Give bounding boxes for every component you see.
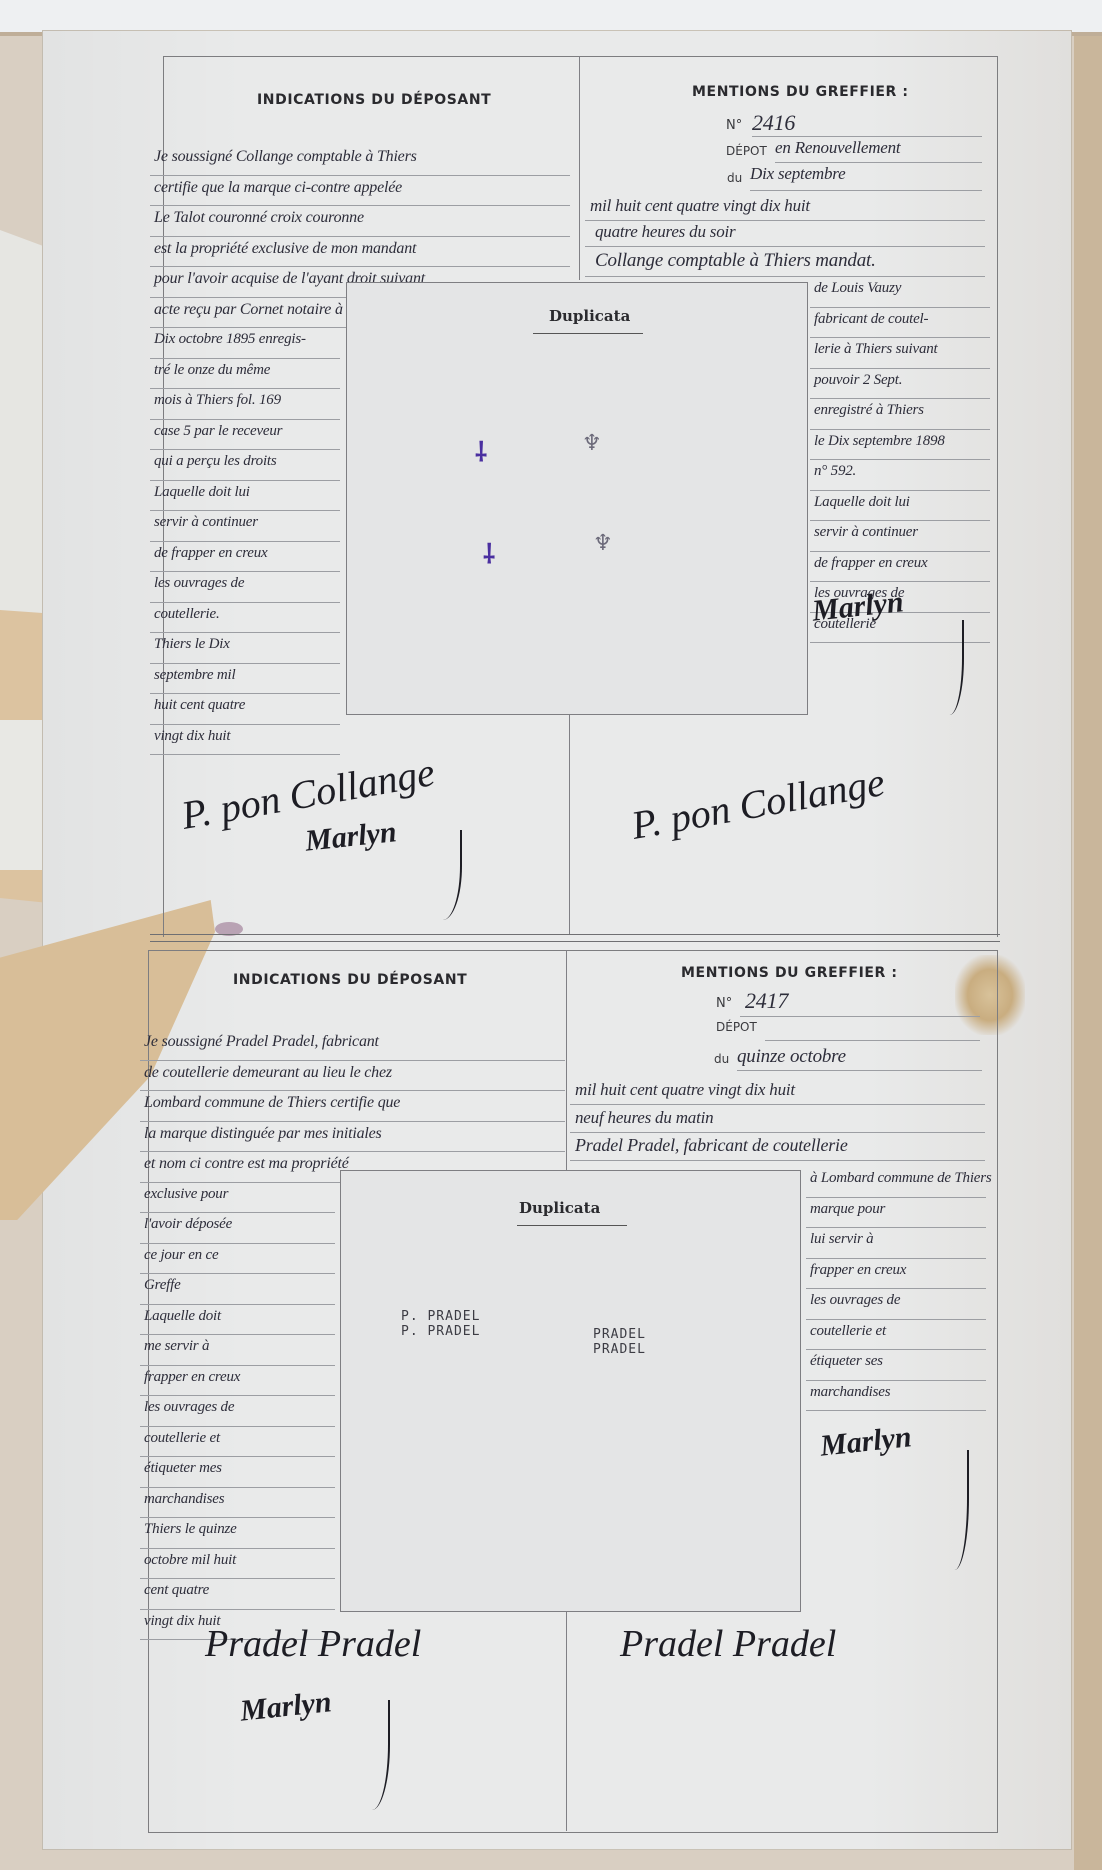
signature-divider bbox=[566, 1610, 567, 1831]
rule bbox=[150, 754, 340, 755]
rule bbox=[775, 162, 982, 163]
greffier-line: enregistré à Thiers bbox=[814, 402, 924, 419]
rule bbox=[806, 1227, 986, 1228]
sheet-edge bbox=[1074, 36, 1102, 1870]
deposant-line: coutellerie et bbox=[144, 1430, 220, 1447]
rule bbox=[810, 337, 990, 338]
depositor-signature: Pradel Pradel bbox=[205, 1622, 421, 1666]
deposant-line: étiqueter mes bbox=[144, 1460, 222, 1477]
greffier-line: de Louis Vauzy bbox=[814, 280, 901, 297]
deposant-line: la marque distinguée par mes initiales bbox=[144, 1125, 382, 1143]
rule bbox=[570, 1104, 985, 1105]
rule bbox=[140, 1151, 565, 1152]
rule bbox=[765, 1040, 980, 1041]
crowned-talot-mark-icon: ♆ bbox=[582, 431, 602, 456]
rule bbox=[806, 1410, 986, 1411]
rule bbox=[810, 551, 990, 552]
du-label: du bbox=[727, 171, 742, 185]
greffier-line: n° 592. bbox=[814, 463, 856, 480]
deposant-line: coutellerie. bbox=[154, 606, 220, 623]
rule bbox=[752, 136, 982, 137]
duplicata-title: Duplicata bbox=[519, 1199, 600, 1217]
rule bbox=[150, 419, 340, 420]
deposant-line: ce jour en ce bbox=[144, 1247, 218, 1264]
deposant-line: de frapper en creux bbox=[154, 545, 268, 562]
rule bbox=[570, 1160, 985, 1161]
column-divider bbox=[579, 56, 580, 280]
deposant-line: tré le onze du même bbox=[154, 362, 270, 379]
rule bbox=[150, 388, 340, 389]
deposant-header: INDICATIONS DU DÉPOSANT bbox=[233, 972, 467, 988]
number-label: N° bbox=[726, 118, 742, 133]
rule bbox=[150, 602, 340, 603]
deposant-line: octobre mil huit bbox=[144, 1552, 236, 1569]
rule bbox=[810, 581, 990, 582]
rule bbox=[810, 429, 990, 430]
deposant-line: Lombard commune de Thiers certifie que bbox=[144, 1094, 400, 1112]
duplicata-box: Duplicata ⸸ ♆ ⸸ ♆ bbox=[346, 282, 808, 715]
deposant-line: Thiers le quinze bbox=[144, 1521, 237, 1538]
greffier-line: mil huit cent quatre vingt dix huit bbox=[590, 196, 810, 216]
rule bbox=[140, 1243, 335, 1244]
deposant-line: Thiers le Dix bbox=[154, 636, 230, 653]
deposant-line: Je soussigné Collange comptable à Thiers bbox=[154, 148, 417, 166]
stamp-line: P. PRADEL bbox=[401, 1324, 480, 1339]
number-label: N° bbox=[716, 996, 732, 1011]
rule bbox=[585, 246, 985, 247]
rule bbox=[585, 276, 985, 277]
column-divider bbox=[566, 950, 567, 1172]
deposant-line: Le Talot couronné croix couronne bbox=[154, 209, 364, 227]
deposant-line: Je soussigné Pradel Pradel, fabricant bbox=[144, 1033, 379, 1051]
greffier-header: MENTIONS DU GREFFIER : bbox=[681, 965, 898, 981]
duplicata-box: Duplicata P. PRADEL P. PRADEL PRADEL PRA… bbox=[340, 1170, 801, 1612]
greffier-line: lui servir à bbox=[810, 1231, 873, 1248]
deposant-line: me servir à bbox=[144, 1338, 209, 1355]
greffier-line: quatre heures du soir bbox=[595, 222, 735, 242]
greffier-line: Collange comptable à Thiers mandat. bbox=[595, 250, 876, 272]
deposant-line: vingt dix huit bbox=[154, 728, 230, 745]
greffier-line: de frapper en creux bbox=[814, 555, 928, 572]
deposant-line: qui a perçu les droits bbox=[154, 453, 277, 470]
initials-stamp: P. PRADEL P. PRADEL bbox=[401, 1309, 480, 1339]
rule bbox=[570, 1132, 985, 1133]
rule bbox=[150, 632, 340, 633]
entry-number: 2416 bbox=[752, 110, 795, 136]
rule bbox=[806, 1349, 986, 1350]
greffier-line: marque pour bbox=[810, 1201, 885, 1218]
rule bbox=[150, 358, 340, 359]
deposant-line: Laquelle doit lui bbox=[154, 484, 250, 501]
greffier-header: MENTIONS DU GREFFIER : bbox=[692, 84, 909, 100]
deposant-line: servir à continuer bbox=[154, 514, 258, 531]
rule bbox=[140, 1212, 335, 1213]
rule bbox=[806, 1258, 986, 1259]
deposant-line: huit cent quatre bbox=[154, 697, 245, 714]
rule bbox=[810, 398, 990, 399]
rule bbox=[140, 1334, 335, 1335]
deposant-line: case 5 par le receveur bbox=[154, 423, 282, 440]
greffier-line: marchandises bbox=[810, 1384, 890, 1401]
talot-mark-icon: ⸸ bbox=[483, 535, 495, 571]
deposant-line: frapper en creux bbox=[144, 1369, 240, 1386]
rule bbox=[585, 220, 985, 221]
deposant-line: de coutellerie demeurant au lieu le chez bbox=[144, 1064, 392, 1082]
rule bbox=[140, 1609, 335, 1610]
deposant-line: et nom ci contre est ma propriété bbox=[144, 1155, 349, 1173]
greffier-line: Pradel Pradel, fabricant de coutellerie bbox=[575, 1135, 848, 1156]
depositor-signature: Pradel Pradel bbox=[620, 1622, 836, 1666]
du-value: Dix septembre bbox=[750, 164, 845, 184]
rule bbox=[810, 490, 990, 491]
signature-divider bbox=[569, 713, 570, 935]
greffier-line: fabricant de coutel- bbox=[814, 311, 928, 328]
rule bbox=[150, 266, 570, 267]
rule bbox=[150, 480, 340, 481]
deposant-line: mois à Thiers fol. 169 bbox=[154, 392, 281, 409]
rule bbox=[150, 205, 570, 206]
rule bbox=[140, 1426, 335, 1427]
rule bbox=[806, 1288, 986, 1289]
rule bbox=[533, 333, 643, 334]
rule bbox=[140, 1090, 565, 1091]
rule bbox=[150, 236, 570, 237]
greffier-line: servir à continuer bbox=[814, 524, 918, 541]
du-label: du bbox=[714, 1052, 729, 1066]
deposant-line: les ouvrages de bbox=[144, 1399, 234, 1416]
rule bbox=[140, 1121, 565, 1122]
deposant-line: est la propriété exclusive de mon mandan… bbox=[154, 240, 416, 258]
rule bbox=[810, 368, 990, 369]
deposant-line: Laquelle doit bbox=[144, 1308, 221, 1325]
rule bbox=[140, 1273, 335, 1274]
deposant-line: les ouvrages de bbox=[154, 575, 244, 592]
rule bbox=[740, 1016, 980, 1017]
rule bbox=[150, 693, 340, 694]
rule bbox=[150, 663, 340, 664]
greffier-line: les ouvrages de bbox=[810, 1292, 900, 1309]
rule bbox=[150, 571, 340, 572]
rule bbox=[140, 1548, 335, 1549]
greffier-line: Laquelle doit lui bbox=[814, 494, 910, 511]
greffier-line: lerie à Thiers suivant bbox=[814, 341, 938, 358]
rule bbox=[150, 510, 340, 511]
greffier-line: neuf heures du matin bbox=[575, 1108, 713, 1128]
rule bbox=[150, 541, 340, 542]
rule bbox=[140, 1487, 335, 1488]
greffier-line: frapper en creux bbox=[810, 1262, 906, 1279]
stamp-line: PRADEL bbox=[593, 1327, 646, 1342]
stamp-line: PRADEL bbox=[593, 1342, 646, 1357]
du-value: quinze octobre bbox=[737, 1046, 846, 1068]
rule bbox=[140, 1456, 335, 1457]
deposant-line: septembre mil bbox=[154, 667, 235, 684]
greffier-line: mil huit cent quatre vingt dix huit bbox=[575, 1080, 795, 1100]
deposant-line: cent quatre bbox=[144, 1582, 209, 1599]
rule bbox=[140, 1304, 335, 1305]
rule bbox=[150, 449, 340, 450]
rule bbox=[806, 1319, 986, 1320]
deposant-header: INDICATIONS DU DÉPOSANT bbox=[257, 92, 491, 108]
rule bbox=[806, 1197, 986, 1198]
duplicata-title: Duplicata bbox=[549, 307, 630, 325]
rule bbox=[810, 307, 990, 308]
crowned-talot-mark-icon: ♆ bbox=[593, 531, 613, 556]
deposant-line: marchandises bbox=[144, 1491, 224, 1508]
rule bbox=[140, 1578, 335, 1579]
rule bbox=[737, 1070, 982, 1071]
greffier-line: à Lombard commune de Thiers bbox=[810, 1170, 992, 1187]
deposant-line: exclusive pour bbox=[144, 1186, 228, 1203]
rule bbox=[150, 724, 340, 725]
talot-mark-icon: ⸸ bbox=[475, 433, 487, 469]
entry-separator bbox=[150, 934, 1000, 942]
name-stamp: PRADEL PRADEL bbox=[593, 1327, 646, 1357]
greffier-line: le Dix septembre 1898 bbox=[814, 433, 945, 450]
rule bbox=[150, 175, 570, 176]
rule bbox=[140, 1517, 335, 1518]
rule bbox=[140, 1060, 565, 1061]
rule bbox=[750, 190, 982, 191]
rule bbox=[140, 1365, 335, 1366]
deposant-line: Dix octobre 1895 enregis- bbox=[154, 331, 306, 348]
rule bbox=[140, 1395, 335, 1396]
greffier-line: coutellerie et bbox=[810, 1323, 886, 1340]
rule bbox=[517, 1225, 627, 1226]
depot-label: DÉPOT bbox=[726, 144, 767, 158]
deposant-line: l'avoir déposée bbox=[144, 1216, 232, 1233]
depot-value: en Renouvellement bbox=[775, 138, 900, 158]
greffier-line: pouvoir 2 Sept. bbox=[814, 372, 902, 389]
stamp-line: P. PRADEL bbox=[401, 1309, 480, 1324]
deposant-line: certifie que la marque ci-contre appelée bbox=[154, 179, 402, 197]
rule bbox=[806, 1380, 986, 1381]
entry-number: 2417 bbox=[745, 988, 788, 1014]
deposant-line: Greffe bbox=[144, 1277, 181, 1294]
depot-label: DÉPOT bbox=[716, 1020, 757, 1034]
greffier-line: étiqueter ses bbox=[810, 1353, 883, 1370]
rule bbox=[810, 520, 990, 521]
rule bbox=[810, 459, 990, 460]
